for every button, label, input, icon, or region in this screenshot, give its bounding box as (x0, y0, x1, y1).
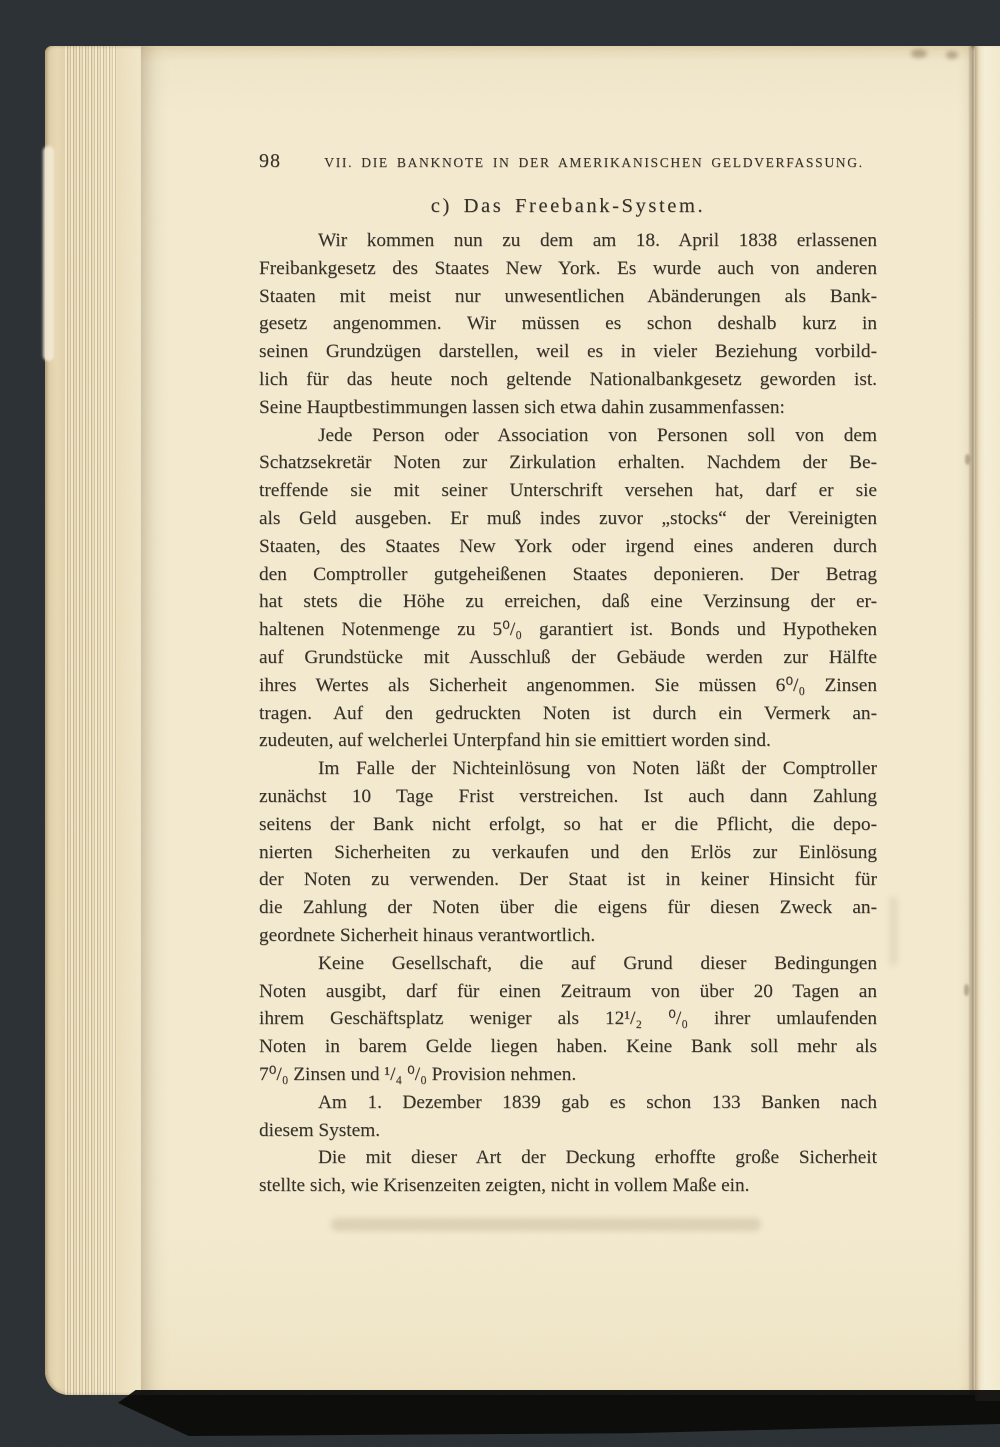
text-line: Keine Gesellschaft, die auf Grund dieser… (259, 950, 877, 978)
text-line: lich für das heute noch geltende Nationa… (259, 366, 877, 394)
page-stack-edges (45, 46, 141, 1395)
text-line: Jede Person oder Association von Persone… (259, 422, 877, 450)
running-head-row: 98 VII. DIE BANKNOTE IN DER AMERIKANISCH… (259, 150, 877, 173)
text-line: die Zahlung der Noten über die eigens fü… (259, 894, 877, 922)
page-number: 98 (259, 150, 311, 173)
text-line: Staaten mit meist nur unwesentlichen Abä… (259, 283, 877, 311)
text-line: stellte sich, wie Krisenzeiten zeigten, … (259, 1172, 877, 1200)
text-line: zudeuten, auf welcherlei Unterpfand hin … (259, 727, 877, 755)
showthrough-smudge (889, 896, 898, 966)
text-line: zunächst 10 Tage Frist verstreichen. Ist… (259, 783, 877, 811)
text-line: gesetz angenommen. Wir müssen es schon d… (259, 310, 877, 338)
text-line: Wir kommen nun zu dem am 18. April 1838 … (259, 227, 877, 255)
text-line: Im Falle der Nichteinlösung von Noten lä… (259, 755, 877, 783)
text-line: 7⁰/₀ Zinsen und ¹/₄ ⁰/₀ Provision nehmen… (259, 1061, 877, 1089)
book-page: 98 VII. DIE BANKNOTE IN DER AMERIKANISCH… (141, 46, 971, 1395)
stain-spot (946, 51, 958, 59)
text-line: Seine Hauptbestimmungen lassen sich etwa… (259, 394, 877, 422)
text-line: als Geld ausgeben. Er muß indes zuvor „s… (259, 505, 877, 533)
page-bottom-shadow (118, 1390, 1000, 1436)
section-heading: c) Das Freebank-System. (259, 195, 877, 218)
worn-edge-patch (43, 146, 54, 361)
text-line: Noten ausgibt, darf für einen Zeitraum v… (259, 978, 877, 1006)
text-line: diesem System. (259, 1117, 877, 1145)
running-header: VII. DIE BANKNOTE IN DER AMERIKANISCHEN … (311, 155, 877, 171)
text-line: der Noten zu verwenden. Der Staat ist in… (259, 866, 877, 894)
text-line: ihres Wertes als Sicherheit angenommen. … (259, 672, 877, 700)
text-line: geordnete Sicherheit hinaus verantwortli… (259, 922, 877, 950)
text-line: Schatzsekretär Noten zur Zirkulation erh… (259, 449, 877, 477)
text-line: tragen. Auf den gedruckten Noten ist dur… (259, 700, 877, 728)
text-line: haltenen Notenmenge zu 5⁰/₀ garantiert i… (259, 616, 877, 644)
adjacent-page-edge (975, 46, 1000, 1401)
text-line: ihrem Geschäftsplatz weniger als 12¹/₂ ⁰… (259, 1005, 877, 1033)
stain-spot (911, 49, 927, 58)
text-line: auf Grundstücke mit Ausschluß der Gebäud… (259, 644, 877, 672)
text-line: hat stets die Höhe zu erreichen, daß ein… (259, 588, 877, 616)
text-line: Die mit dieser Art der Deckung erhoffte … (259, 1144, 877, 1172)
text-line: Freibankgesetz des Staates New York. Es … (259, 255, 877, 283)
text-line: seitens der Bank nicht erfolgt, so hat e… (259, 811, 877, 839)
book: 98 VII. DIE BANKNOTE IN DER AMERIKANISCH… (45, 46, 1000, 1395)
text-line: seinen Grundzügen darstellen, weil es in… (259, 338, 877, 366)
page-text: Wir kommen nun zu dem am 18. April 1838 … (259, 227, 877, 1200)
text-line: den Comptroller gutgeheißenen Staates de… (259, 561, 877, 589)
showthrough-smudge (331, 1218, 761, 1231)
text-line: Staaten, des Staates New York oder irgen… (259, 533, 877, 561)
scanned-book-photo: 98 VII. DIE BANKNOTE IN DER AMERIKANISCH… (0, 0, 1000, 1447)
text-line: treffende sie mit seiner Unterschrift ve… (259, 477, 877, 505)
text-line: nierten Sicherheiten zu verkaufen und de… (259, 839, 877, 867)
text-line: Noten in barem Gelde liegen haben. Keine… (259, 1033, 877, 1061)
text-line: Am 1. Dezember 1839 gab es schon 133 Ban… (259, 1089, 877, 1117)
